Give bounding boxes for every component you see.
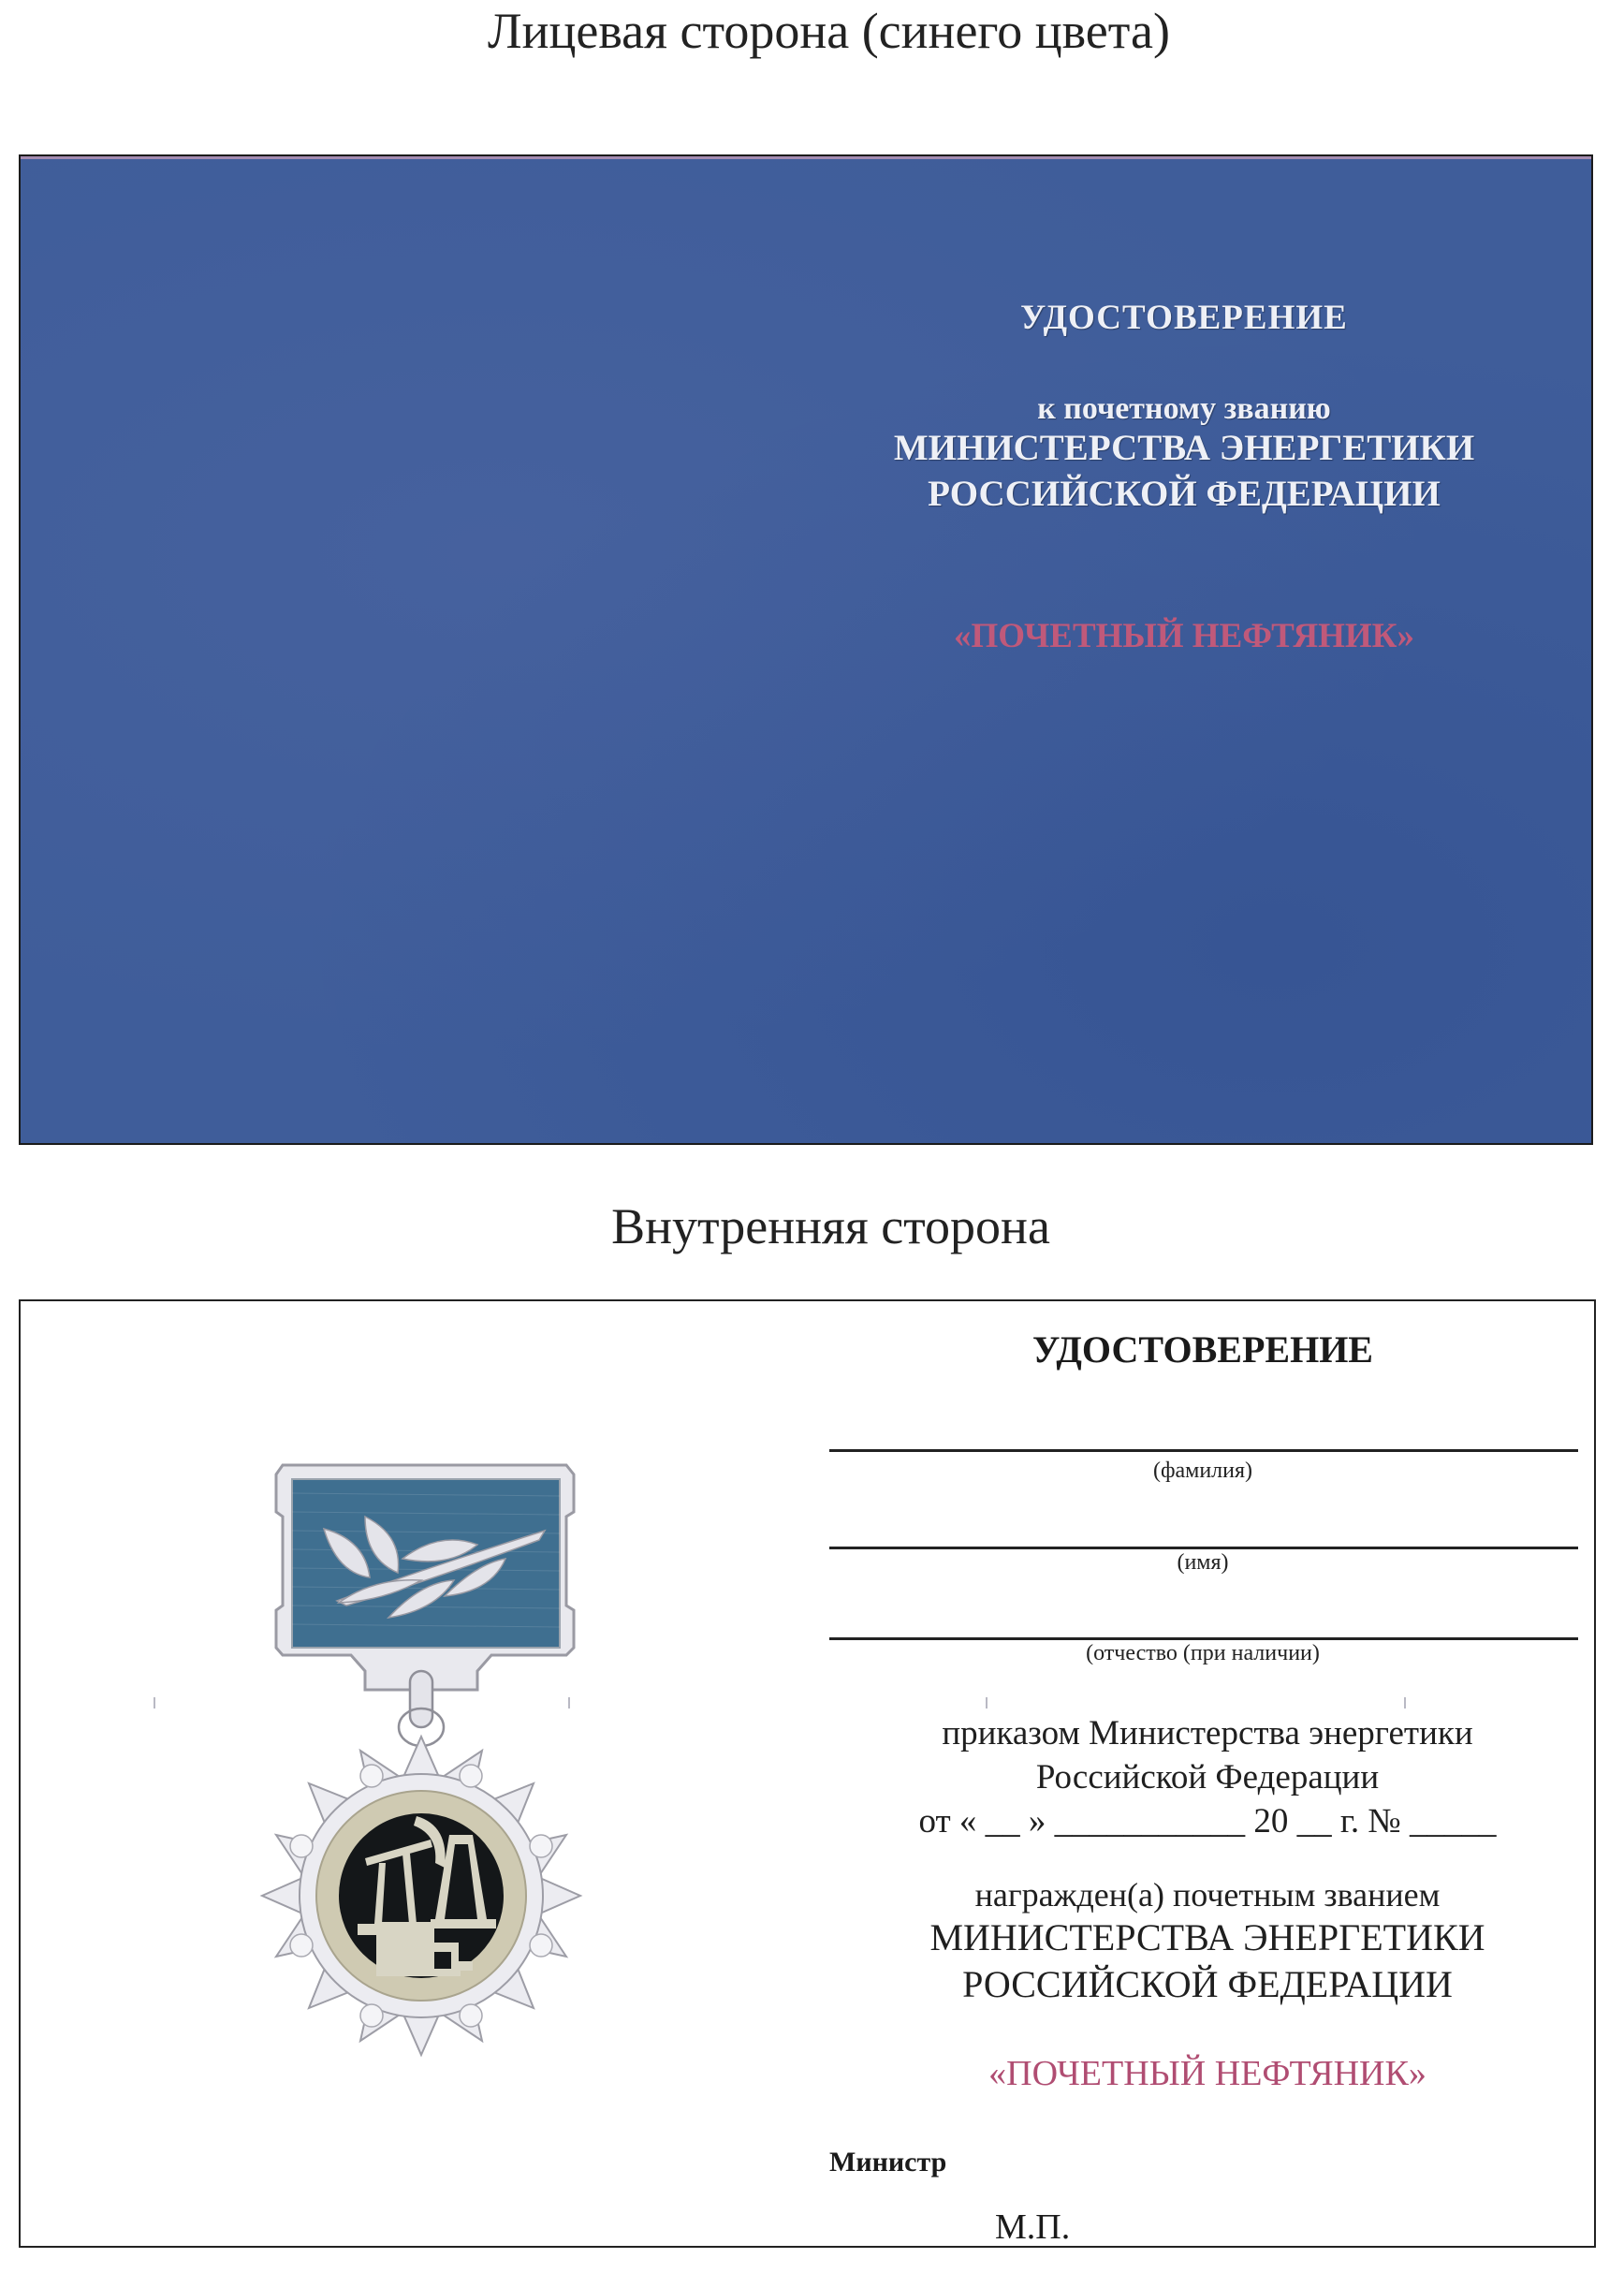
- fold-mark: [1404, 1697, 1406, 1708]
- fold-mark: [986, 1697, 988, 1708]
- fold-mark: [154, 1697, 155, 1708]
- signatory-label: Министр: [829, 2147, 946, 2178]
- inner-title: УДОСТОВЕРЕНИЕ: [814, 1327, 1591, 1371]
- inner-award-title: «ПОЧЕТНЫЙ НЕФТЯНИК»: [805, 2056, 1610, 2091]
- patronymic-field[interactable]: [829, 1637, 1578, 1640]
- medal-star: [262, 1737, 580, 2055]
- order-date-number-line: от « __ » ___________ 20 __ г. № _____: [805, 1804, 1610, 1839]
- cover-subtitle: к почетному званию: [814, 391, 1554, 427]
- cover-title: УДОСТОВЕРЕНИЕ: [814, 298, 1554, 338]
- surname-field[interactable]: [829, 1449, 1578, 1452]
- cover-ministry-line2: РОССИЙСКОЙ ФЕДЕРАЦИИ: [814, 473, 1554, 515]
- order-line-2: Российской Федерации: [805, 1760, 1610, 1795]
- order-line-1: приказом Министерства энергетики: [805, 1716, 1610, 1751]
- cover-ministry-line1: МИНИСТЕРСТВА ЭНЕРГЕТИКИ: [814, 427, 1554, 469]
- name-caption: (имя): [814, 1550, 1591, 1576]
- patronymic-caption: (отчество (при наличии): [814, 1641, 1591, 1666]
- inner-side-heading: Внутренняя сторона: [19, 1201, 1624, 1252]
- surname-caption: (фамилия): [814, 1459, 1591, 1484]
- stamp-place-label: М.П.: [995, 2207, 1070, 2248]
- inner-ministry-line2: РОССИЙСКОЙ ФЕДЕРАЦИИ: [805, 1966, 1610, 2003]
- inner-ministry-line1: МИНИСТЕРСТВА ЭНЕРГЕТИКИ: [805, 1919, 1610, 1957]
- name-field[interactable]: [829, 1547, 1578, 1549]
- awarded-line: награжден(а) почетным званием: [805, 1878, 1610, 1912]
- medal-illustration: [225, 1442, 618, 2097]
- cover-award-title: «ПОЧЕТНЫЙ НЕФТЯНИК»: [814, 616, 1554, 656]
- front-side-heading: Лицевая сторона (синего цвета): [17, 6, 1624, 56]
